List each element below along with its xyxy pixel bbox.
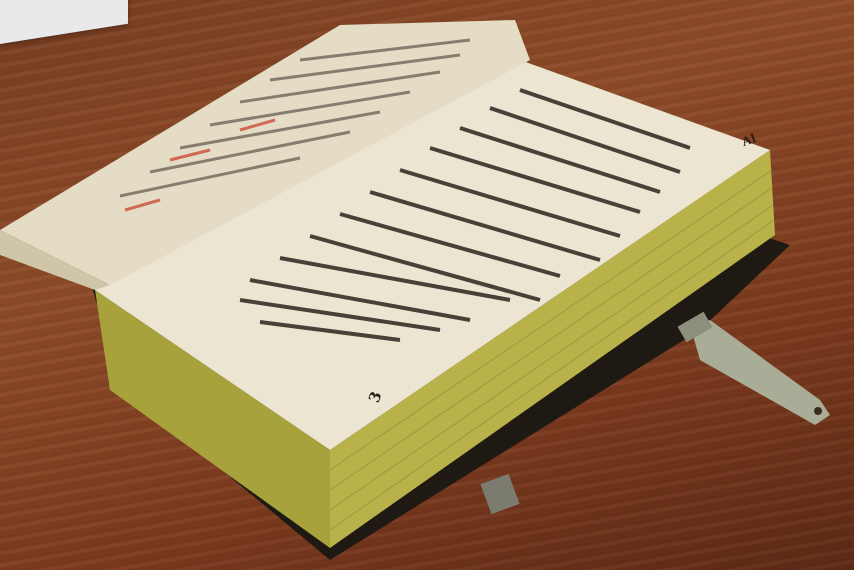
right-brass-clasp — [678, 312, 830, 425]
book-illustration — [0, 0, 854, 570]
bottom-brass-clasp — [480, 474, 519, 514]
open-book: 3 Al — [0, 0, 854, 570]
